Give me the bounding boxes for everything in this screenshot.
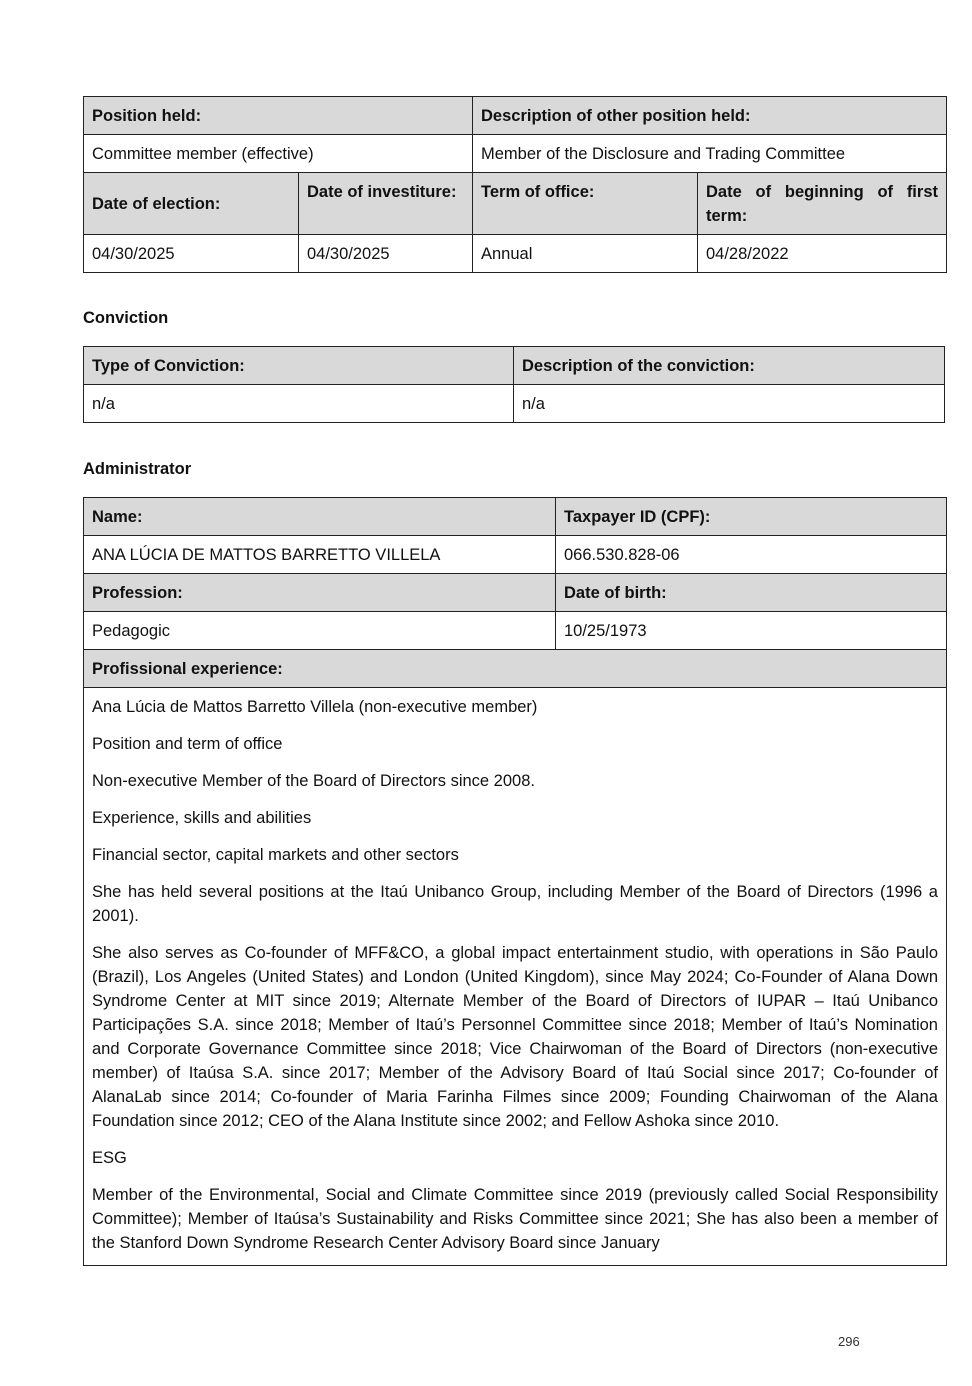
experience-label: Profissional experience: <box>84 650 947 688</box>
experience-paragraph: Financial sector, capital markets and ot… <box>92 843 938 867</box>
term-of-office-label: Term of office: <box>473 173 698 235</box>
cpf-label: Taxpayer ID (CPF): <box>556 498 947 536</box>
name-value: ANA LÚCIA DE MATTOS BARRETTO VILLELA <box>84 536 556 574</box>
position-held-value: Committee member (effective) <box>84 135 473 173</box>
experience-paragraph: Member of the Environmental, Social and … <box>92 1183 938 1255</box>
experience-paragraph: Non-executive Member of the Board of Dir… <box>92 769 938 793</box>
conviction-description-value: n/a <box>514 385 945 423</box>
experience-paragraph: Position and term of office <box>92 732 938 756</box>
term-of-office-value: Annual <box>473 235 698 273</box>
experience-paragraph: Ana Lúcia de Mattos Barretto Villela (no… <box>92 695 938 719</box>
administrator-table: Name: Taxpayer ID (CPF): ANA LÚCIA DE MA… <box>83 497 947 1266</box>
conviction-section-title: Conviction <box>83 309 168 328</box>
name-label: Name: <box>84 498 556 536</box>
page-number: 296 <box>838 1334 860 1349</box>
experience-paragraph: Experience, skills and abilities <box>92 806 938 830</box>
experience-paragraph: ESG <box>92 1146 938 1170</box>
administrator-section-title: Administrator <box>83 460 191 479</box>
date-of-election-value: 04/30/2025 <box>84 235 299 273</box>
birth-value: 10/25/1973 <box>556 612 947 650</box>
conviction-type-label: Type of Conviction: <box>84 347 514 385</box>
experience-paragraph: She also serves as Co-founder of MFF&CO,… <box>92 941 938 1133</box>
conviction-type-value: n/a <box>84 385 514 423</box>
position-table: Position held: Description of other posi… <box>83 96 947 273</box>
date-of-election-label: Date of election: <box>84 173 299 235</box>
experience-text: Ana Lúcia de Mattos Barretto Villela (no… <box>84 688 947 1266</box>
date-of-investiture-label: Date of investiture: <box>299 173 473 235</box>
conviction-description-label: Description of the conviction: <box>514 347 945 385</box>
other-position-label: Description of other position held: <box>473 97 947 135</box>
date-of-investiture-value: 04/30/2025 <box>299 235 473 273</box>
first-term-label: Date of beginning of first term: <box>698 173 947 235</box>
profession-value: Pedagogic <box>84 612 556 650</box>
cpf-value: 066.530.828-06 <box>556 536 947 574</box>
other-position-value: Member of the Disclosure and Trading Com… <box>473 135 947 173</box>
first-term-value: 04/28/2022 <box>698 235 947 273</box>
birth-label: Date of birth: <box>556 574 947 612</box>
position-held-label: Position held: <box>84 97 473 135</box>
profession-label: Profession: <box>84 574 556 612</box>
experience-paragraph: She has held several positions at the It… <box>92 880 938 928</box>
conviction-table: Type of Conviction: Description of the c… <box>83 346 945 423</box>
